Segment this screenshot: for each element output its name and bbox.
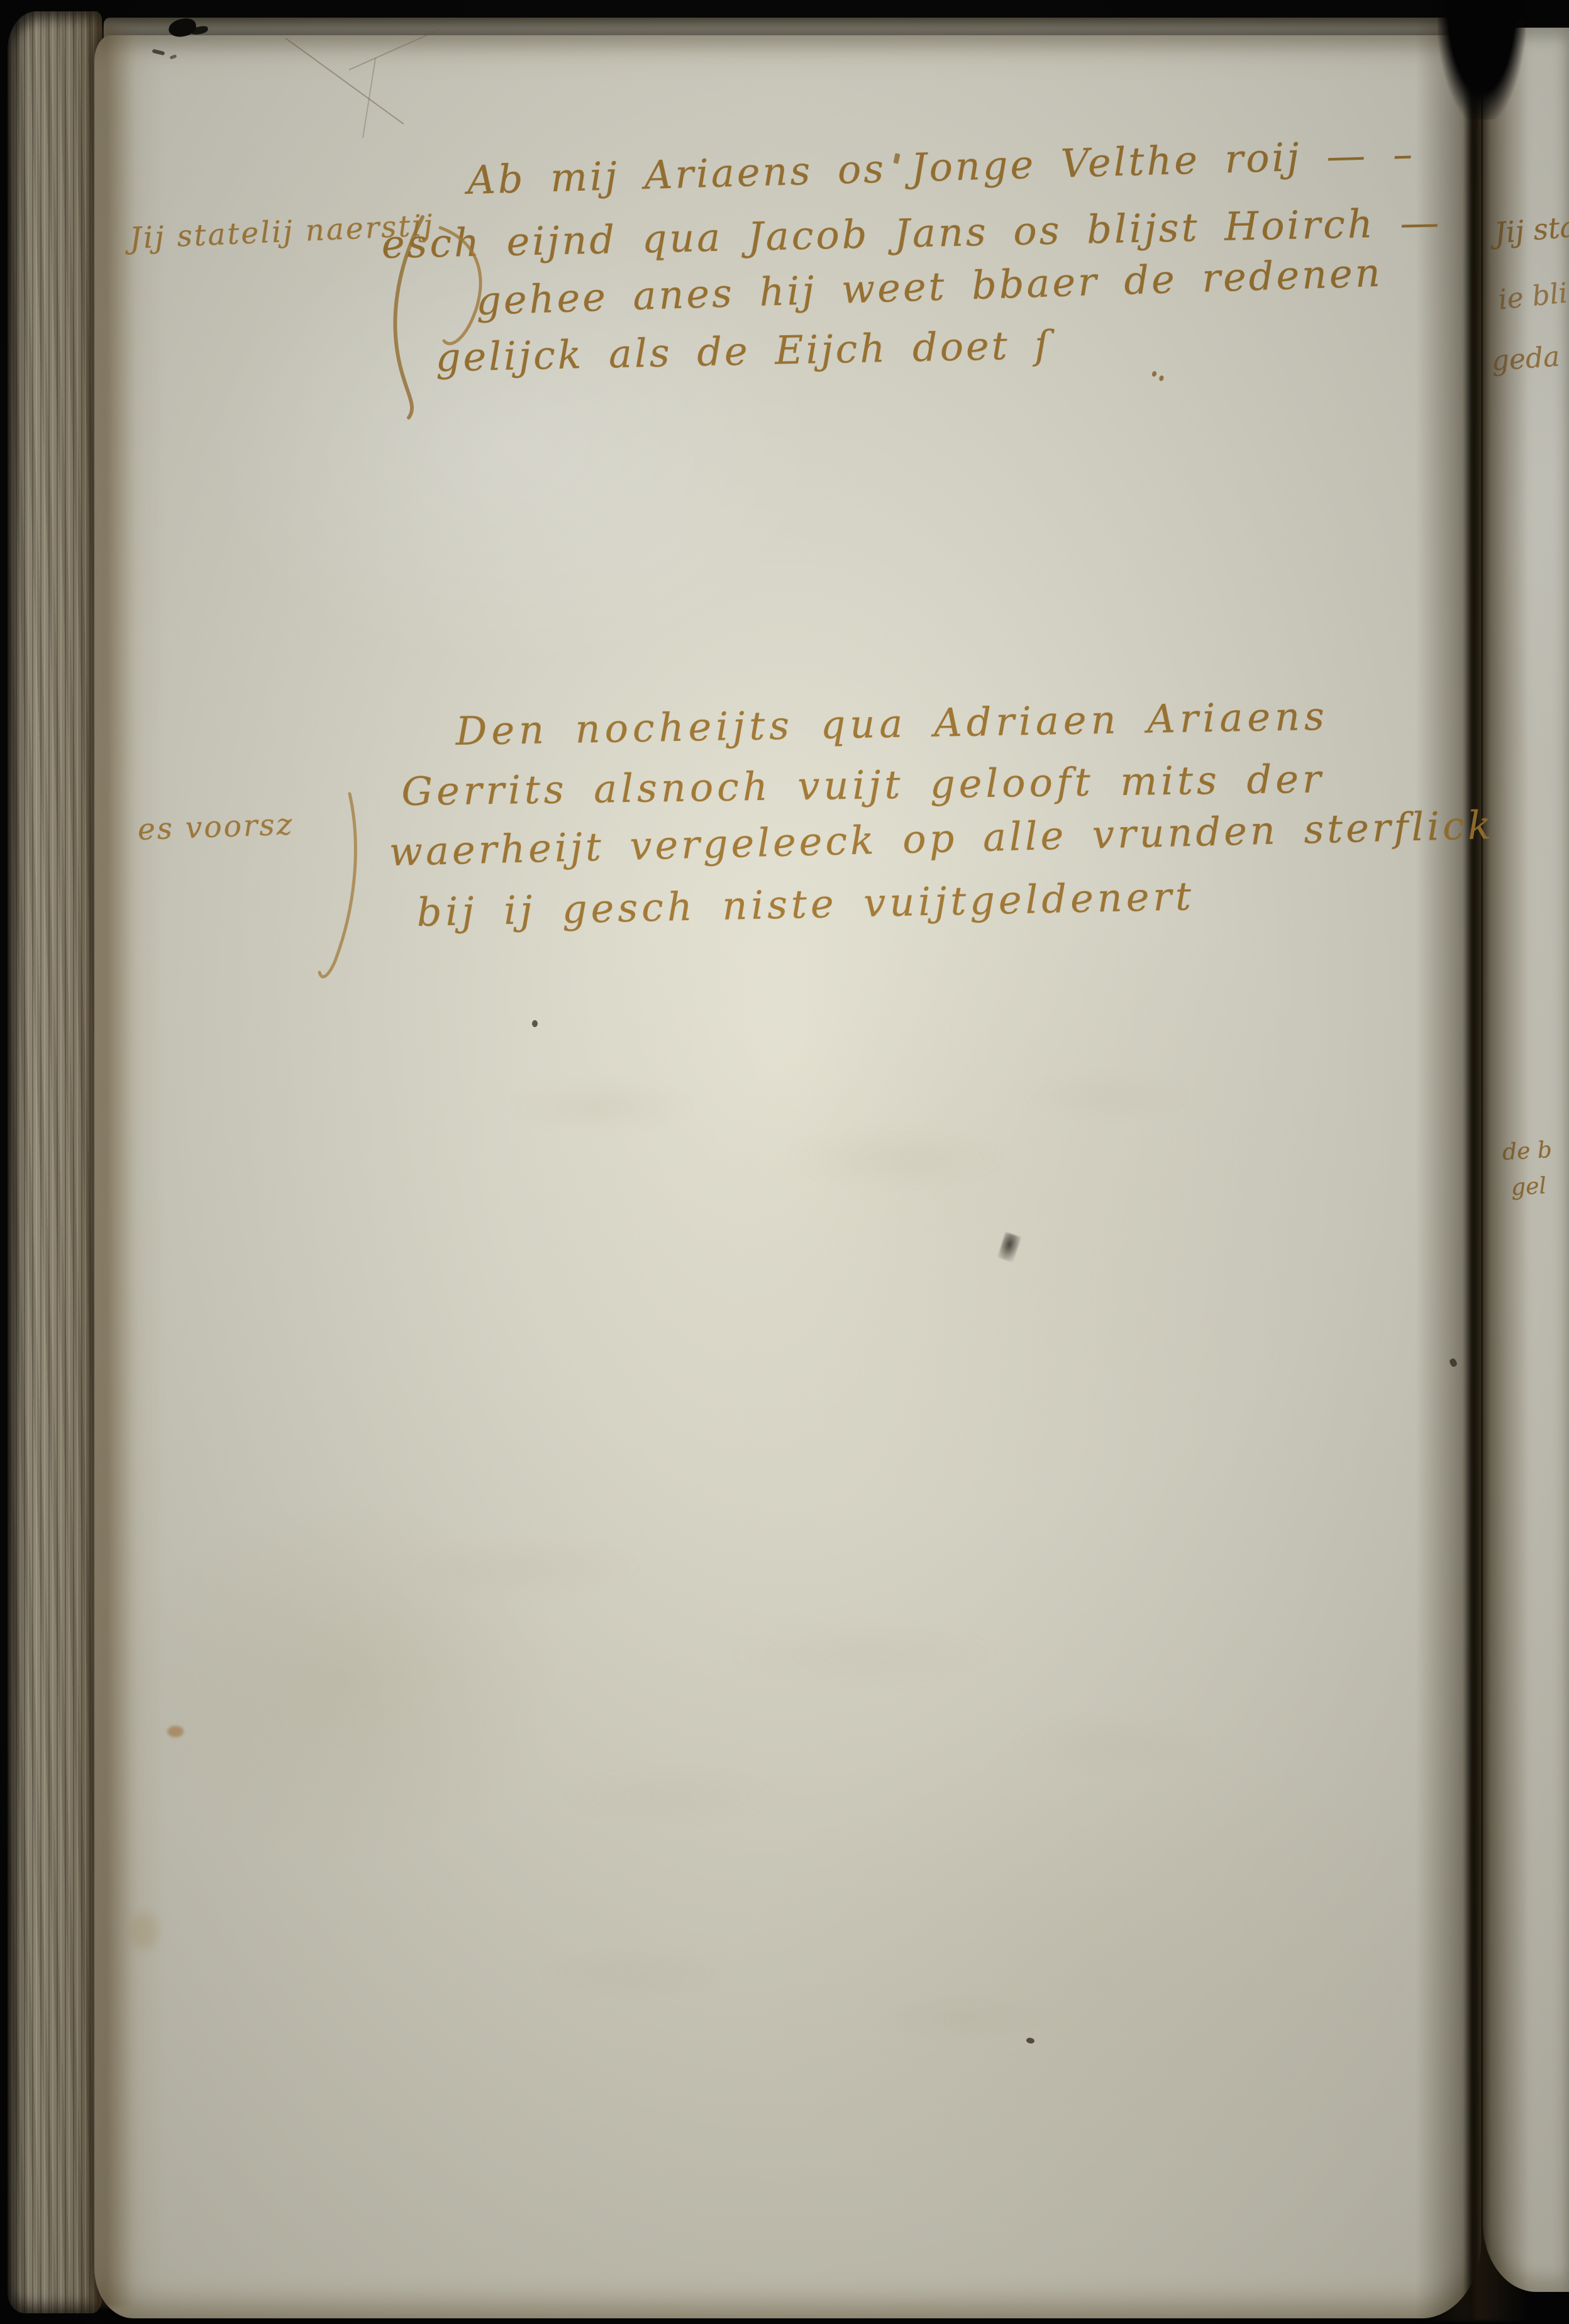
- stain: [129, 1912, 158, 1950]
- ink-bleedthrough-area: [390, 1044, 1233, 1252]
- gutter-shadow: [1416, 19, 1528, 2321]
- entry-2-margin-note: es voorsz: [137, 807, 294, 847]
- ink-bleedthrough-area: [327, 1497, 1308, 1849]
- manuscript-scan: Jij stat ie bli geda de b gel Ab mij Ari…: [0, 0, 1569, 2324]
- ink-speck: [532, 1020, 538, 1027]
- ink-bleedthrough-area: [390, 1912, 1207, 2088]
- page-edge-browning: [86, 25, 135, 2307]
- stain: [167, 1726, 184, 1737]
- gutter-top-shadow: [1438, 0, 1526, 120]
